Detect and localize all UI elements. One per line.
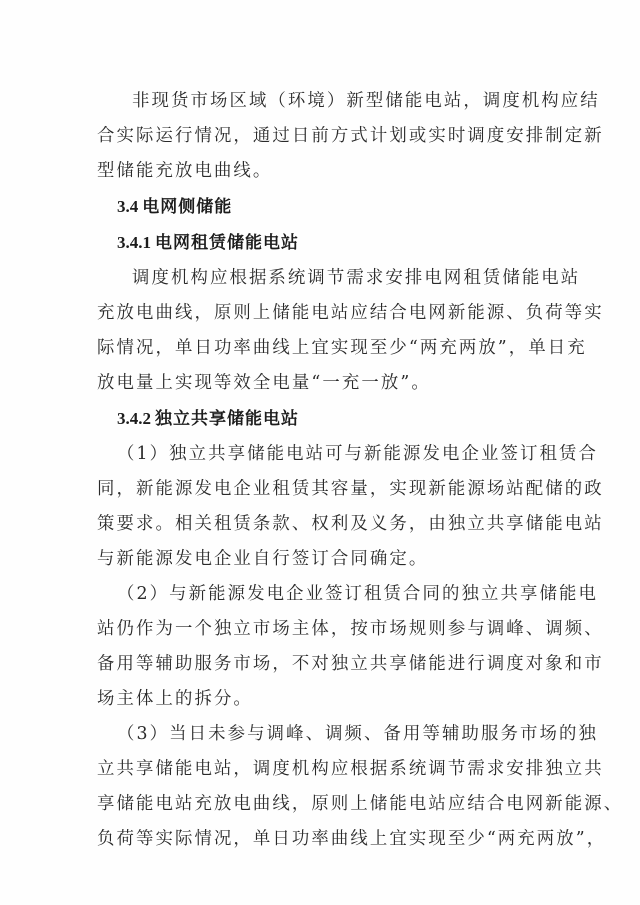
section-title: 电网侧储能 [142, 197, 232, 217]
document-page: 非现货市场区域（环境）新型储能电站，调度机构应结 合实际运行情况，通过日前方式计… [97, 84, 563, 857]
text-line: （2）与新能源发电企业签订租赁合同的独立共享储能电 [97, 577, 563, 612]
section-number: 3.4.2 [117, 409, 151, 428]
text-line: 与新能源发电企业自行签订合同确定。 [97, 542, 563, 577]
text-line: 负荷等实际情况，单日功率曲线上宜实现至少“两充两放”， [97, 822, 563, 857]
list-item-2: （2）与新能源发电企业签订租赁合同的独立共享储能电 站仍作为一个独立市场主体，按… [97, 577, 563, 717]
text-line: 同，新能源发电企业租赁其容量，实现新能源场站配储的政 [97, 472, 563, 507]
list-item-3: （3）当日未参与调峰、调频、备用等辅助服务市场的独 立共享储能电站，调度机构应根… [97, 717, 563, 857]
intro-paragraph: 非现货市场区域（环境）新型储能电站，调度机构应结 合实际运行情况，通过日前方式计… [97, 84, 563, 189]
text-line: 放电量上实现等效全电量“一充一放”。 [97, 366, 563, 401]
text-line: 立共享储能电站，调度机构应根据系统调节需求安排独立共 [97, 752, 563, 787]
section-title: 独立共享储能电站 [155, 409, 299, 429]
text-line: 型储能充放电曲线。 [97, 154, 563, 189]
text-line: 合实际运行情况，通过日前方式计划或实时调度安排制定新 [97, 119, 563, 154]
text-line: 享储能电站充放电曲线，原则上储能电站应结合电网新能源、 [97, 787, 563, 822]
section-number: 3.4 [117, 197, 138, 216]
paragraph-3-4-1: 调度机构应根据系统调节需求安排电网租赁储能电站 充放电曲线，原则上储能电站应结合… [97, 261, 563, 401]
section-number: 3.4.1 [117, 233, 151, 252]
text-line: 场主体上的拆分。 [97, 682, 563, 717]
text-line: 调度机构应根据系统调节需求安排电网租赁储能电站 [97, 261, 563, 296]
text-line: 策要求。相关租赁条款、权利及义务，由独立共享储能电站 [97, 507, 563, 542]
section-title: 电网租赁储能电站 [155, 233, 299, 253]
text-line: 站仍作为一个独立市场主体，按市场规则参与调峰、调频、 [97, 612, 563, 647]
text-line: （1）独立共享储能电站可与新能源发电企业签订租赁合 [97, 437, 563, 472]
text-line: 际情况，单日功率曲线上宜实现至少“两充两放”，单日充 [97, 331, 563, 366]
text-line: 非现货市场区域（环境）新型储能电站，调度机构应结 [97, 84, 563, 119]
text-line: 充放电曲线，原则上储能电站应结合电网新能源、负荷等实 [97, 296, 563, 331]
section-heading-3-4-1: 3.4.1电网租赁储能电站 [97, 225, 563, 261]
text-line: （3）当日未参与调峰、调频、备用等辅助服务市场的独 [97, 717, 563, 752]
section-heading-3-4-2: 3.4.2独立共享储能电站 [97, 401, 563, 437]
list-item-1: （1）独立共享储能电站可与新能源发电企业签订租赁合 同，新能源发电企业租赁其容量… [97, 437, 563, 577]
text-line: 备用等辅助服务市场，不对独立共享储能进行调度对象和市 [97, 647, 563, 682]
section-heading-3-4: 3.4电网侧储能 [97, 189, 563, 225]
